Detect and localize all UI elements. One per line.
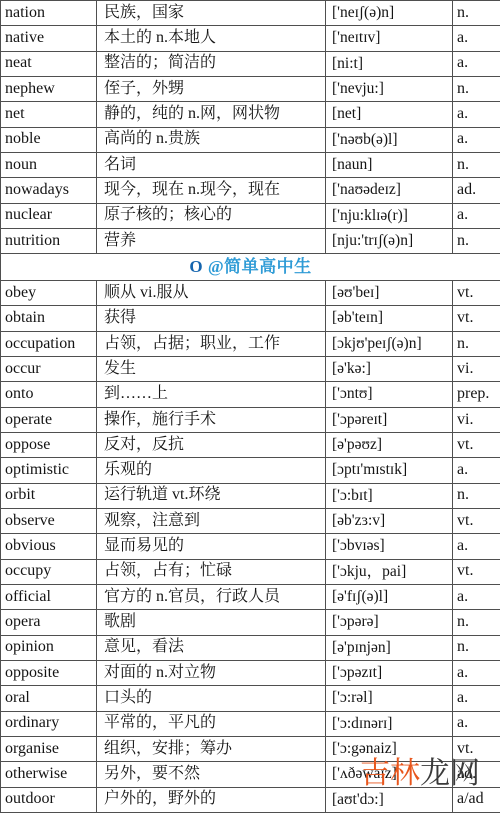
meaning-cell: 发生 <box>97 357 326 382</box>
meaning-cell: 本土的 n.本地人 <box>97 26 326 51</box>
pos-cell: vt. <box>453 509 500 534</box>
pos-cell: n. <box>453 635 500 660</box>
word-cell: occupy <box>1 559 97 584</box>
word-cell: observe <box>1 509 97 534</box>
pos-cell: a. <box>453 585 500 610</box>
meaning-cell: 对面的 n.对立物 <box>97 661 326 686</box>
table-row: nation民族，国家['neɪʃ(ə)n]n. <box>1 1 500 26</box>
table-row: obey顺从 vi.服从[əʊ'beɪ]vt. <box>1 281 500 306</box>
word-cell: otherwise <box>1 762 97 787</box>
word-cell: net <box>1 102 97 127</box>
meaning-cell: 民族，国家 <box>97 1 326 26</box>
section-author-mention: @简单高中生 <box>208 257 312 276</box>
meaning-cell: 整洁的；简洁的 <box>97 51 326 76</box>
phonetic-cell: ['ʌðəwaɪz] <box>326 762 453 787</box>
phonetic-cell: ['nəʊb(ə)l] <box>326 127 453 152</box>
pos-cell: a. <box>453 102 500 127</box>
meaning-cell: 运行轨道 vt.环绕 <box>97 483 326 508</box>
table-row: opera歌剧['ɔpərə]n. <box>1 610 500 635</box>
pos-cell: vi. <box>453 357 500 382</box>
table-row: obtain获得[əb'teɪn]vt. <box>1 306 500 331</box>
pos-cell: a. <box>453 661 500 686</box>
table-row: optimistic乐观的[ɔptɪ'mɪstɪk]a. <box>1 458 500 483</box>
meaning-cell: 占领，占有；忙碌 <box>97 559 326 584</box>
meaning-cell: 占领，占据；职业，工作 <box>97 331 326 356</box>
word-cell: oppose <box>1 433 97 458</box>
meaning-cell: 口头的 <box>97 686 326 711</box>
word-cell: ordinary <box>1 711 97 736</box>
meaning-cell: 反对，反抗 <box>97 433 326 458</box>
word-cell: occur <box>1 357 97 382</box>
pos-cell: prep. <box>453 382 500 407</box>
section-letter: O <box>189 257 207 276</box>
section-header-row: O @简单高中生 <box>1 254 500 281</box>
meaning-cell: 顺从 vi.服从 <box>97 281 326 306</box>
word-cell: obvious <box>1 534 97 559</box>
table-row: oppose反对，反抗[ə'pəʊz]vt. <box>1 433 500 458</box>
pos-cell: a. <box>453 458 500 483</box>
table-row: nephew侄子，外甥['nevju:]n. <box>1 76 500 101</box>
phonetic-cell: ['neɪʃ(ə)n] <box>326 1 453 26</box>
pos-cell: a. <box>453 51 500 76</box>
table-row: nuclear原子核的；核心的['nju:klɪə(r)]a. <box>1 203 500 228</box>
pos-cell: n. <box>453 1 500 26</box>
word-cell: obey <box>1 281 97 306</box>
word-cell: nuclear <box>1 203 97 228</box>
word-cell: optimistic <box>1 458 97 483</box>
table-row: occur发生[ə'kə:]vi. <box>1 357 500 382</box>
meaning-cell: 平常的，平凡的 <box>97 711 326 736</box>
table-row: occupation占领，占据；职业，工作[ɔkjʊ'peɪʃ(ə)n]n. <box>1 331 500 356</box>
word-cell: occupation <box>1 331 97 356</box>
table-row: official官方的 n.官员，行政人员[ə'fɪʃ(ə)l]a. <box>1 585 500 610</box>
phonetic-cell: [ə'kə:] <box>326 357 453 382</box>
phonetic-cell: ['ɔ:rəl] <box>326 686 453 711</box>
table-row: otherwise另外，要不然['ʌðəwaɪz]ad. <box>1 762 500 787</box>
word-cell: nation <box>1 1 97 26</box>
phonetic-cell: ['nju:klɪə(r)] <box>326 203 453 228</box>
table-row: opinion意见，看法[ə'pɪnjən]n. <box>1 635 500 660</box>
phonetic-cell: [ə'pɪnjən] <box>326 635 453 660</box>
phonetic-cell: ['ɔbvɪəs] <box>326 534 453 559</box>
phonetic-cell: ['ɔ:bɪt] <box>326 483 453 508</box>
phonetic-cell: ['ɔ:dɪnərɪ] <box>326 711 453 736</box>
meaning-cell: 操作，施行手术 <box>97 407 326 432</box>
table-row: net静的，纯的 n.网，网状物[net]a. <box>1 102 500 127</box>
pos-cell: vt. <box>453 281 500 306</box>
table-row: occupy占领，占有；忙碌['ɔkju，pai]vt. <box>1 559 500 584</box>
table-row: nutrition营养[nju:'trɪʃ(ə)n]n. <box>1 228 500 253</box>
word-cell: nutrition <box>1 228 97 253</box>
pos-cell: a. <box>453 686 500 711</box>
table-row: noble高尚的 n.贵族['nəʊb(ə)l]a. <box>1 127 500 152</box>
pos-cell: n. <box>453 152 500 177</box>
phonetic-cell: [naun] <box>326 152 453 177</box>
pos-cell: vt. <box>453 433 500 458</box>
word-cell: onto <box>1 382 97 407</box>
table-row: opposite对面的 n.对立物['ɔpəzɪt]a. <box>1 661 500 686</box>
pos-cell: a. <box>453 534 500 559</box>
pos-cell: ad. <box>453 762 500 787</box>
phonetic-cell: [əb'zɜ:v] <box>326 509 453 534</box>
table-row: onto到……上['ɔntʊ]prep. <box>1 382 500 407</box>
table-row: outdoor户外的，野外的[aʊt'dɔ:]a/ad <box>1 787 500 812</box>
table-row: ordinary平常的，平凡的['ɔ:dɪnərɪ]a. <box>1 711 500 736</box>
meaning-cell: 观察，注意到 <box>97 509 326 534</box>
meaning-cell: 意见，看法 <box>97 635 326 660</box>
phonetic-cell: ['ɔkju，pai] <box>326 559 453 584</box>
word-cell: outdoor <box>1 787 97 812</box>
pos-cell: vt. <box>453 306 500 331</box>
table-row: obvious显而易见的['ɔbvɪəs]a. <box>1 534 500 559</box>
phonetic-cell: ['neɪtɪv] <box>326 26 453 51</box>
meaning-cell: 歌剧 <box>97 610 326 635</box>
phonetic-cell: [ɔptɪ'mɪstɪk] <box>326 458 453 483</box>
pos-cell: vi. <box>453 407 500 432</box>
phonetic-cell: ['ɔntʊ] <box>326 382 453 407</box>
word-cell: opera <box>1 610 97 635</box>
meaning-cell: 侄子，外甥 <box>97 76 326 101</box>
table-row: operate操作，施行手术['ɔpəreɪt]vi. <box>1 407 500 432</box>
word-cell: neat <box>1 51 97 76</box>
word-cell: nowadays <box>1 178 97 203</box>
meaning-cell: 原子核的；核心的 <box>97 203 326 228</box>
pos-cell: n. <box>453 76 500 101</box>
phonetic-cell: [aʊt'dɔ:] <box>326 787 453 812</box>
meaning-cell: 显而易见的 <box>97 534 326 559</box>
phonetic-cell: [əʊ'beɪ] <box>326 281 453 306</box>
meaning-cell: 高尚的 n.贵族 <box>97 127 326 152</box>
pos-cell: a. <box>453 26 500 51</box>
table-row: nowadays现今，现在 n.现今，现在['naʊədeɪz]ad. <box>1 178 500 203</box>
pos-cell: a. <box>453 203 500 228</box>
meaning-cell: 营养 <box>97 228 326 253</box>
word-cell: obtain <box>1 306 97 331</box>
phonetic-cell: ['ɔpərə] <box>326 610 453 635</box>
meaning-cell: 静的，纯的 n.网，网状物 <box>97 102 326 127</box>
phonetic-cell: ['naʊədeɪz] <box>326 178 453 203</box>
table-row: noun名词[naun]n. <box>1 152 500 177</box>
pos-cell: ad. <box>453 178 500 203</box>
phonetic-cell: [ə'pəʊz] <box>326 433 453 458</box>
meaning-cell: 获得 <box>97 306 326 331</box>
meaning-cell: 组织，安排；筹办 <box>97 737 326 762</box>
table-row: native本土的 n.本地人['neɪtɪv]a. <box>1 26 500 51</box>
phonetic-cell: [ɔkjʊ'peɪʃ(ə)n] <box>326 331 453 356</box>
table-row: observe观察，注意到[əb'zɜ:v]vt. <box>1 509 500 534</box>
table-row: neat整洁的；简洁的[ni:t]a. <box>1 51 500 76</box>
phonetic-cell: [əb'teɪn] <box>326 306 453 331</box>
vocabulary-table: nation民族，国家['neɪʃ(ə)n]n.native本土的 n.本地人[… <box>0 0 500 813</box>
phonetic-cell: [ni:t] <box>326 51 453 76</box>
pos-cell: vt. <box>453 559 500 584</box>
meaning-cell: 户外的，野外的 <box>97 787 326 812</box>
meaning-cell: 官方的 n.官员，行政人员 <box>97 585 326 610</box>
pos-cell: n. <box>453 228 500 253</box>
pos-cell: n. <box>453 610 500 635</box>
pos-cell: a/ad <box>453 787 500 812</box>
word-cell: native <box>1 26 97 51</box>
meaning-cell: 另外，要不然 <box>97 762 326 787</box>
meaning-cell: 乐观的 <box>97 458 326 483</box>
word-cell: opinion <box>1 635 97 660</box>
table-row: oral口头的['ɔ:rəl]a. <box>1 686 500 711</box>
phonetic-cell: ['ɔ:gənaiz] <box>326 737 453 762</box>
word-cell: organise <box>1 737 97 762</box>
word-cell: nephew <box>1 76 97 101</box>
phonetic-cell: [net] <box>326 102 453 127</box>
table-row: organise组织，安排；筹办['ɔ:gənaiz]vt. <box>1 737 500 762</box>
meaning-cell: 到……上 <box>97 382 326 407</box>
word-cell: official <box>1 585 97 610</box>
table-row: orbit运行轨道 vt.环绕['ɔ:bɪt]n. <box>1 483 500 508</box>
word-cell: operate <box>1 407 97 432</box>
meaning-cell: 名词 <box>97 152 326 177</box>
word-cell: noble <box>1 127 97 152</box>
pos-cell: n. <box>453 483 500 508</box>
vocabulary-page: nation民族，国家['neɪʃ(ə)n]n.native本土的 n.本地人[… <box>0 0 500 813</box>
phonetic-cell: [ə'fɪʃ(ə)l] <box>326 585 453 610</box>
word-cell: opposite <box>1 661 97 686</box>
pos-cell: a. <box>453 127 500 152</box>
pos-cell: a. <box>453 711 500 736</box>
pos-cell: vt. <box>453 737 500 762</box>
section-header-cell: O @简单高中生 <box>1 254 500 281</box>
word-cell: orbit <box>1 483 97 508</box>
word-cell: noun <box>1 152 97 177</box>
pos-cell: n. <box>453 331 500 356</box>
phonetic-cell: ['nevju:] <box>326 76 453 101</box>
word-cell: oral <box>1 686 97 711</box>
meaning-cell: 现今，现在 n.现今，现在 <box>97 178 326 203</box>
phonetic-cell: [nju:'trɪʃ(ə)n] <box>326 228 453 253</box>
phonetic-cell: ['ɔpəreɪt] <box>326 407 453 432</box>
phonetic-cell: ['ɔpəzɪt] <box>326 661 453 686</box>
